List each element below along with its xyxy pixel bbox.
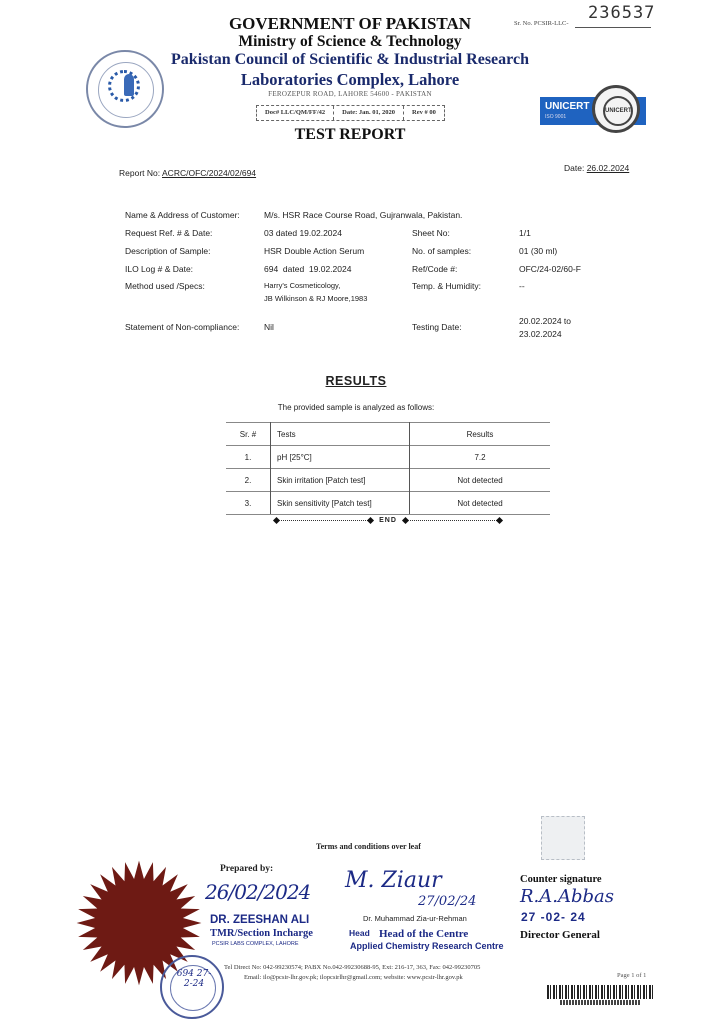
row-result: 7.2: [410, 446, 551, 469]
row-result: Not detected: [410, 469, 551, 492]
report-no-value: ACRC/OFC/2024/02/694: [162, 168, 256, 178]
table-row: 2. Skin irritation [Patch test] Not dete…: [226, 469, 550, 492]
head-role: Head of the Centre: [379, 928, 468, 940]
table-row: 1. pH [25°C] 7.2: [226, 446, 550, 469]
method-label: Method used /Specs:: [125, 281, 205, 291]
testing-date-line2: 23.02.2024: [519, 329, 562, 339]
report-no-label: Report No:: [119, 168, 160, 178]
prepared-by-label: Prepared by:: [220, 864, 273, 874]
customer-label: Name & Address of Customer:: [125, 210, 240, 220]
sheet-value: 1/1: [519, 228, 531, 238]
director-role: Director General: [520, 929, 600, 941]
counter-sign-date: 27 -02- 24: [521, 910, 586, 924]
report-date-value: 26.02.2024: [587, 163, 630, 173]
preparer-signature: 26/02/2024: [205, 880, 310, 904]
noncompliance-label: Statement of Non-compliance:: [125, 322, 239, 332]
results-table: Sr. # Tests Results 1. pH [25°C] 7.2 2. …: [226, 422, 550, 515]
sheet-label: Sheet No:: [412, 228, 450, 238]
preparer-name: DR. ZEESHAN ALI: [210, 914, 309, 926]
laboratory-heading: Laboratories Complex, Lahore: [0, 70, 706, 90]
temp-value: --: [519, 281, 525, 291]
preparer-org: PCSIR LABS COMPLEX, LAHORE: [212, 941, 299, 947]
end-marker: END: [274, 516, 502, 524]
serial-number: 236537: [588, 3, 655, 23]
ticket-stamp: [541, 816, 585, 860]
serial-label: Sr. No. PCSIR-LLC-: [514, 20, 569, 27]
unicert-badge-icon: UNICERT: [592, 85, 640, 133]
row-sr: 1.: [226, 446, 271, 469]
row-result: Not detected: [410, 492, 551, 515]
report-date: Date: 26.02.2024: [564, 163, 629, 173]
contact-email: Email: ilo@pcsir-lhr.gov.pk; ilopcsirlhr…: [244, 974, 463, 981]
refcode-label: Ref/Code #:: [412, 264, 457, 274]
round-ilo-stamp: 694 27-2-24: [160, 955, 224, 1019]
unicert-badge-text: UNICERT: [603, 96, 633, 126]
barcode-text: [560, 1000, 640, 1005]
unicert-standard: ISO 9001: [545, 114, 566, 120]
head-name: Dr. Muhammad Zia-ur-Rehman: [363, 914, 467, 923]
ilo-value: 694 dated 19.02.2024: [264, 264, 351, 274]
end-label: END: [373, 517, 403, 524]
description-value: HSR Double Action Serum: [264, 246, 364, 256]
results-heading: RESULTS: [0, 374, 712, 388]
samples-value: 01 (30 ml): [519, 246, 557, 256]
ilo-label: ILO Log # & Date:: [125, 264, 193, 274]
unicert-name: UNICERT: [545, 101, 589, 112]
report-number: Report No: ACRC/OFC/2024/02/694: [119, 168, 256, 178]
samples-label: No. of samples:: [412, 246, 471, 256]
description-label: Description of Sample:: [125, 246, 211, 256]
request-value: 03 dated 19.02.2024: [264, 228, 342, 238]
noncompliance-value: Nil: [264, 322, 274, 332]
results-subtitle: The provided sample is analyzed as follo…: [0, 403, 712, 412]
doc-number: Doc# LLC/QM/FF/42: [257, 106, 334, 120]
counter-signature-label: Counter signature: [520, 874, 602, 885]
page-number: Page 1 of 1: [617, 972, 646, 979]
dotted-divider: [279, 520, 368, 521]
head-prefix: Head: [349, 928, 370, 938]
dotted-divider: [408, 520, 497, 521]
ministry-heading: Ministry of Science & Technology: [0, 33, 706, 51]
customer-value: M/s. HSR Race Course Road, Gujranwala, P…: [264, 210, 462, 220]
stamp-text: 694 27-2-24: [176, 969, 212, 989]
header-tests: Tests: [271, 423, 410, 446]
table-row: 3. Skin sensitivity [Patch test] Not det…: [226, 492, 550, 515]
barcode-icon: [547, 985, 653, 999]
doc-revision: Rev # 00: [404, 106, 444, 120]
header-sr: Sr. #: [226, 423, 271, 446]
testing-date-line1: 20.02.2024 to: [519, 316, 571, 326]
head-sign-date: 27/02/24: [418, 894, 476, 909]
document-control-box: Doc# LLC/QM/FF/42 Date: Jan. 01, 2020 Re…: [256, 105, 445, 121]
page-title: TEST REPORT: [0, 126, 706, 144]
request-label: Request Ref. # & Date:: [125, 228, 212, 238]
header-results: Results: [410, 423, 551, 446]
row-test: Skin irritation [Patch test]: [271, 469, 410, 492]
council-heading: Pakistan Council of Scientific & Industr…: [0, 51, 706, 69]
refcode-value: OFC/24-02/60-F: [519, 264, 581, 274]
method-value-line1: Harry's Cosmeticology,: [264, 281, 340, 290]
terms-note: Terms and conditions over leaf: [316, 842, 421, 851]
report-date-label: Date:: [564, 163, 584, 173]
row-test: pH [25°C]: [271, 446, 410, 469]
row-test: Skin sensitivity [Patch test]: [271, 492, 410, 515]
head-signature-icon: M. Ziaur: [345, 868, 442, 893]
testing-date-label: Testing Date:: [412, 322, 462, 332]
director-signature-icon: R.A.Abbas: [520, 886, 614, 907]
method-value-line2: JB Wilkinson & RJ Moore,1983: [264, 294, 367, 303]
row-sr: 2.: [226, 469, 271, 492]
results-header-row: Sr. # Tests Results: [226, 423, 550, 446]
diamond-icon: [496, 516, 503, 523]
serial-underline: [575, 27, 651, 28]
temp-label: Temp. & Humidity:: [412, 281, 481, 291]
row-sr: 3.: [226, 492, 271, 515]
contact-phone: Tel Direct No: 042-99230574; PABX No.042…: [224, 964, 480, 971]
head-org: Applied Chemistry Research Centre: [350, 941, 504, 951]
preparer-role: TMR/Section Incharge: [210, 928, 313, 939]
doc-date: Date: Jan. 01, 2020: [334, 106, 404, 120]
